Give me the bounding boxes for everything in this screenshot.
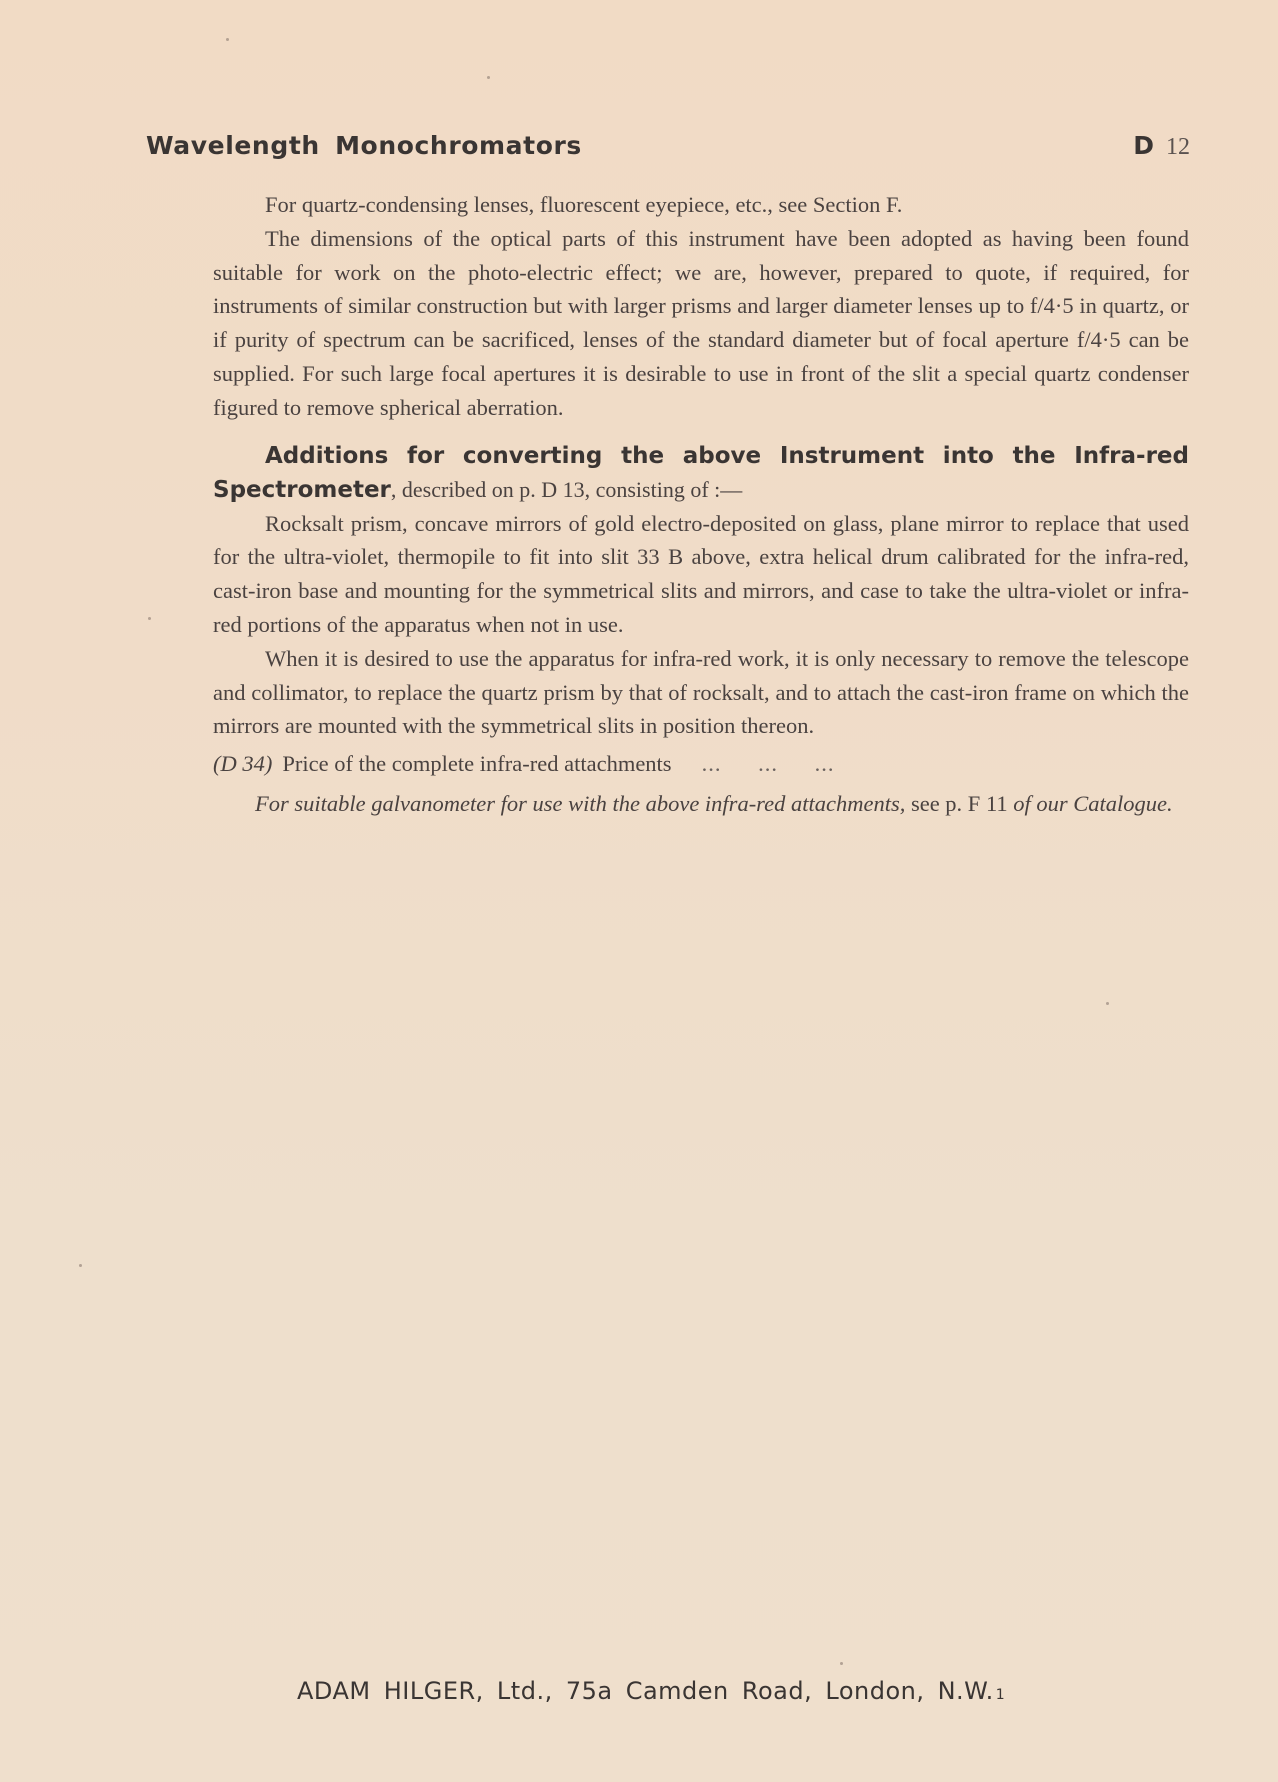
heading-tail: , described on p. D 13, consisting of :— xyxy=(391,477,742,502)
paragraph-components: Rocksalt prism, concave mirrors of gold … xyxy=(213,507,1189,642)
paragraph-usage: When it is desired to use the apparatus … xyxy=(213,642,1189,743)
postal-district: 1 xyxy=(996,1687,1005,1703)
page-num: 12 xyxy=(1166,134,1190,160)
paper-speck xyxy=(79,1264,82,1267)
paper-speck xyxy=(487,76,490,79)
paragraph-cross-reference: For quartz-condensing lenses, fluorescen… xyxy=(213,188,1189,222)
section-heading: Additions for converting the above Instr… xyxy=(213,439,1189,507)
publisher-footer: ADAM HILGER, Ltd., 75a Camden Road, Lond… xyxy=(297,1677,1005,1705)
note-page-ref: see p. F 11 xyxy=(905,791,1007,816)
note-italic: For suitable galvanometer for use with t… xyxy=(255,791,905,816)
page-number: D12 xyxy=(1133,131,1190,161)
document-body: For quartz-condensing lenses, fluorescen… xyxy=(213,188,1189,821)
paper-speck xyxy=(148,617,151,620)
paper-speck xyxy=(226,38,229,41)
galvanometer-note: For suitable galvanometer for use with t… xyxy=(213,787,1189,821)
publisher-address: ADAM HILGER, Ltd., 75a Camden Road, Lond… xyxy=(297,1677,994,1705)
paragraph-dimensions: The dimensions of the optical parts of t… xyxy=(213,222,1189,425)
note-italic-end: of our Catalogue. xyxy=(1008,791,1173,816)
price-leader-dots: ... ... ... xyxy=(702,747,835,781)
price-line: (D 34) Price of the complete infra-red a… xyxy=(213,747,1189,781)
page-header: Wavelength Monochromators D12 xyxy=(146,128,1190,168)
catalogue-code: (D 34) xyxy=(213,747,272,781)
paper-speck xyxy=(840,1662,843,1665)
section-letter: D xyxy=(1133,131,1154,160)
paper-speck xyxy=(1106,1002,1109,1005)
page-title: Wavelength Monochromators xyxy=(146,131,582,160)
price-label: Price of the complete infra-red attachme… xyxy=(282,747,671,781)
